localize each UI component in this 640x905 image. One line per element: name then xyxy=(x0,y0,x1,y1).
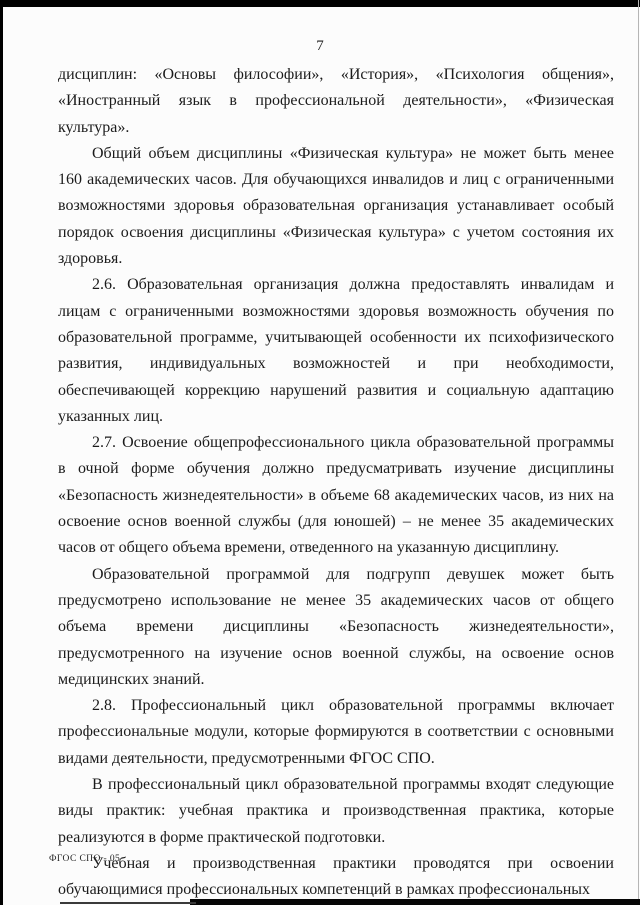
paragraph-physical-culture-volume: Общий объем дисциплины «Физическая культ… xyxy=(58,141,614,272)
scanned-page: 7 дисциплин: «Основы философии», «Истори… xyxy=(0,0,640,905)
scan-edge-right xyxy=(638,0,639,905)
paragraph-clause-2-6: 2.6. Образовательная организация должна … xyxy=(58,272,614,430)
document-body: дисциплин: «Основы философии», «История»… xyxy=(58,62,614,904)
paragraph-disciplines-list: дисциплин: «Основы философии», «История»… xyxy=(58,62,614,141)
scan-edge-top xyxy=(0,0,640,7)
paragraph-practice-types: В профессиональный цикл образовательной … xyxy=(58,772,614,851)
paragraph-girls-subgroups: Образовательной программой для подгрупп … xyxy=(58,562,614,693)
paragraph-clause-2-7: 2.7. Освоение общепрофессионального цикл… xyxy=(58,430,614,561)
paragraph-clause-2-8: 2.8. Профессиональный цикл образовательн… xyxy=(58,693,614,772)
footer-code: ФГОС СПО - 05 xyxy=(49,854,120,864)
scan-edge-bottom xyxy=(190,899,640,905)
scan-edge-left xyxy=(0,5,3,905)
page-number: 7 xyxy=(0,0,640,55)
paragraph-practices-conducted: Учебная и производственная практики пров… xyxy=(58,851,614,904)
scan-edge-bottom-thin xyxy=(60,902,196,904)
